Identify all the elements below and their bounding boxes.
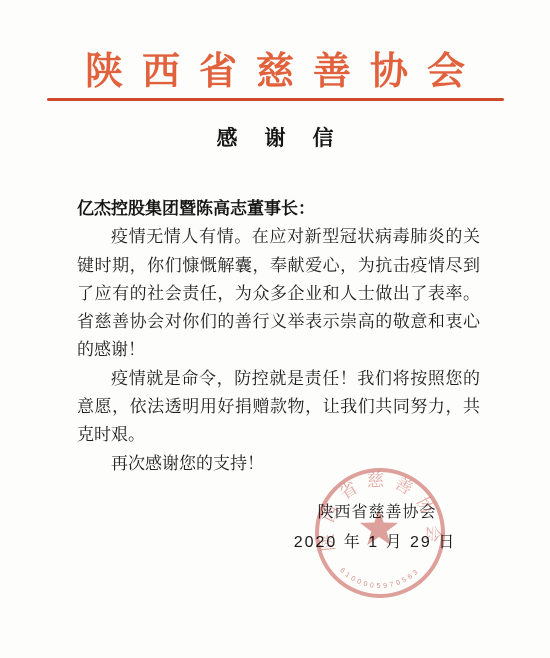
salutation-line: 亿杰控股集团暨陈高志董事长：	[77, 195, 480, 223]
body-paragraph: 疫情无情人有情。在应对新型冠状病毒肺炎的关键时期，你们慷慨解囊，奉献爱心，为抗击…	[77, 223, 480, 364]
seal-serial-number: 6100005970563	[338, 567, 421, 590]
signature-date: 2020 年 1 月 29 日	[275, 529, 475, 552]
letter-page: 陕西省慈善协会 感谢信 亿杰控股集团暨陈高志董事长： 疫情无情人有情。在应对新型…	[0, 0, 550, 658]
letterhead-org-title: 陕西省慈善协会	[0, 40, 550, 95]
letter-body: 亿杰控股集团暨陈高志董事长： 疫情无情人有情。在应对新型冠状病毒肺炎的关键时期，…	[77, 195, 480, 478]
document-title: 感谢信	[0, 122, 550, 152]
body-paragraph: 再次感谢您的支持！	[77, 450, 480, 478]
svg-text:6100005970563: 6100005970563	[338, 567, 421, 590]
body-paragraph: 疫情就是命令，防控就是责任！我们将按照您的意愿，依法透明用好捐赠款物，让我们共同…	[77, 365, 480, 450]
letterhead-divider	[47, 98, 504, 101]
signature-org-name: 陕西省慈善协会	[277, 499, 477, 522]
